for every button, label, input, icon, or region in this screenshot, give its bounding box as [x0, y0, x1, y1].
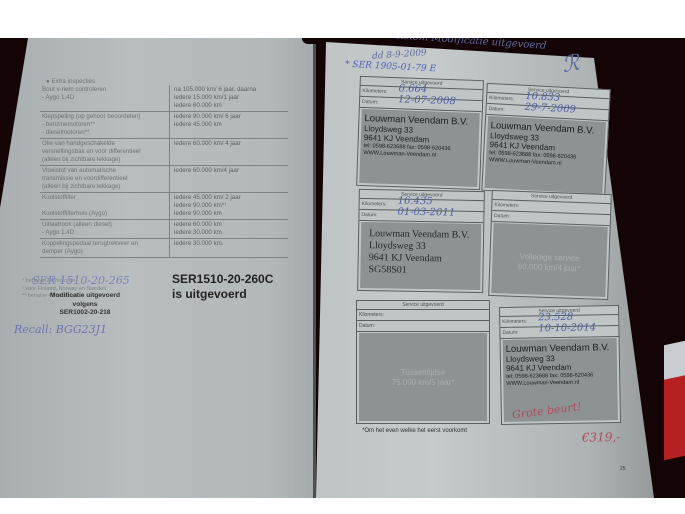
inspection-interval: iedere 30.000 km.: [170, 239, 288, 257]
card-body: Tussentijdse75.000 km/5 jaar*: [359, 333, 487, 421]
service-template-text: Volledige service60.000 km/4 jaar*: [492, 251, 607, 275]
inspection-row: Klepspeling (op gehoor beoordelen)- benz…: [40, 112, 288, 139]
handwritten-ser-number: SER 1510-20-265: [32, 274, 130, 287]
inspection-interval: iedere 60.000 km/4 jaar: [170, 166, 288, 192]
dealer-stamp: Louwman Veendam B.V.Lloydsweg 339641 KJ …: [360, 222, 481, 284]
stamp-line: Modificatie uitgevoerd: [40, 292, 130, 301]
inspection-interval: iedere 90.000 km/ 6 jaariedere 45.000 km: [170, 112, 288, 138]
kilometers-field: Kilometers:: [357, 310, 489, 321]
modification-stamp: Modificatie uitgevoerdvolgensSER1002-20-…: [40, 292, 130, 318]
service-card: Service uitgevoerdKilometers:16.435Datum…: [357, 189, 485, 293]
card-header: Service uitgevoerd: [357, 301, 489, 310]
inspection-row: Bout v-riem controleren- Aygo 1.4Dna 105…: [40, 85, 288, 112]
inspection-row: KoolstoffilterKoolstoffilterhuis (Aygo)i…: [40, 193, 288, 220]
stamp-line: SER1510-20-260C: [172, 272, 273, 287]
extra-inspections-table: ● Extra inspecties Bout v-riem controler…: [40, 78, 288, 258]
inspection-item: Bout v-riem controleren- Aygo 1.4D: [40, 85, 170, 111]
inspection-item: Vloeistof van automatischetransmissie en…: [40, 166, 170, 192]
card-body: Louwman Veendam B.V.Lloydsweg 339641 KJ …: [484, 116, 606, 194]
inspection-interval: iedere 45.000 km/ 2 jaariedere 90.000 km…: [170, 193, 288, 219]
card-body: Louwman Veendam B.V.Lloydsweg 339641 KJ …: [360, 222, 481, 290]
stamp-line: is uitgevoerd: [172, 287, 273, 302]
service-template-text: Tussentijdse75.000 km/5 jaar*: [359, 368, 487, 388]
dealer-stamp: Louwman Veendam B.V.Lloydsweg 339641 KJ …: [485, 116, 606, 175]
dealer-stamp: Louwman Veendam B.V.Lloydsweg 339641 KJ …: [503, 338, 618, 392]
date-value: 10-10-2014: [538, 323, 596, 334]
stamp-line: SER1002-20-218: [40, 309, 130, 318]
date-value: 01-03-2011: [397, 208, 455, 219]
inspection-row: Koppelingspedaal,terugtrekveer endemper …: [40, 239, 288, 258]
date-value: 29-7-2009: [524, 103, 576, 116]
spine-shadow: [302, 38, 326, 44]
date-field: Datum:01-03-2011: [359, 210, 483, 223]
date-field: Datum:: [357, 321, 489, 332]
service-card: Service uitgevoerdKilometers:23.528Datum…: [499, 305, 621, 425]
book-spine: [313, 38, 316, 498]
page-number: 25: [620, 466, 626, 472]
card-body: Volledige service60.000 km/4 jaar*: [491, 223, 607, 297]
service-card: Service uitgevoerdKilometers:Datum:Tusse…: [356, 300, 490, 424]
right-footnote: *Om het even welke het eerst voorkomt: [362, 428, 467, 434]
document-photo: ● Extra inspecties Bout v-riem controler…: [0, 38, 685, 498]
inspection-row: Vloeistof van automatischetransmissie en…: [40, 166, 288, 193]
inspection-item: Uitlaatrook (alleen diesel)- Aygo 1.4D: [40, 220, 170, 238]
signature-icon: ℛ: [560, 51, 582, 79]
kilometers-value: 16.435: [398, 197, 433, 208]
dealer-stamp: Louwman Veendam B.V.Lloydsweg 339641 KJ …: [360, 109, 480, 166]
section-title-text: Extra inspecties: [51, 78, 95, 85]
service-card: Service uitgevoerdKilometers:10.833Datum…: [481, 83, 610, 197]
inspection-row: Uitlaatrook (alleen diesel)- Aygo 1.4Die…: [40, 220, 288, 239]
inspection-item: Koppelingspedaal,terugtrekveer endemper …: [40, 239, 170, 257]
card-body: Louwman Veendam B.V.Lloydsweg 339641 KJ …: [359, 109, 480, 187]
ser-completed-stamp: SER1510-20-260Cis uitgevoerd: [172, 272, 273, 302]
inspection-item: Olie van handgeschakeldeversnellingsbak …: [40, 139, 170, 165]
stamp-company: Louwman Veendam B.V.: [506, 343, 614, 354]
inspection-row: Olie van handgeschakeldeversnellingsbak …: [40, 139, 288, 166]
handwritten-price: €319,-: [582, 430, 621, 445]
stamp-line: volgens: [40, 301, 130, 310]
inspection-interval: iedere 60.000 kmiedere 30.000 km: [170, 220, 288, 238]
service-card: Service uitgevoerdKilometers:6.664Datum:…: [356, 76, 484, 190]
section-title: ● Extra inspecties: [46, 78, 288, 85]
red-booklet-corner: [664, 341, 685, 460]
inspection-rows: Bout v-riem controleren- Aygo 1.4Dna 105…: [40, 85, 288, 258]
inspection-item: Klepspeling (op gehoor beoordelen)- benz…: [40, 112, 170, 138]
inspection-item: KoolstoffilterKoolstoffilterhuis (Aygo): [40, 193, 170, 219]
stamp-code: SG58S01: [368, 264, 472, 278]
date-value: 12-07-2008: [398, 95, 456, 107]
inspection-interval: iedere 60.000 km/ 4 jaar: [170, 139, 288, 165]
stamp-web: WWW.Louwman-Veendam.nl: [506, 379, 614, 388]
kilometers-value: 23.528: [538, 313, 573, 324]
inspection-interval: na 105.000 km/ 6 jaar, daarnaiedere 15.0…: [170, 85, 288, 111]
handwritten-recall: Recall: BGG23J1: [14, 323, 107, 336]
date-field: Datum:10-10-2014: [500, 326, 618, 339]
service-card: Service uitgevoerdKilometers:Datum:Volle…: [488, 190, 612, 300]
